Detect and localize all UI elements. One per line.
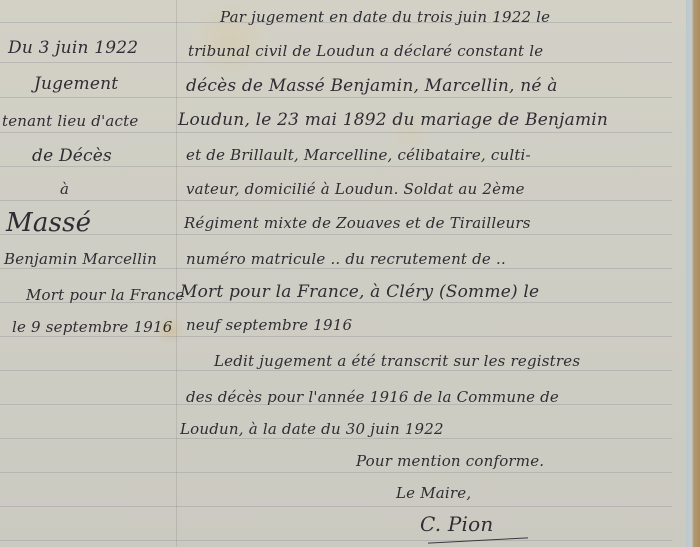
body-line-7: Régiment mixte de Zouaves et de Tiraille… <box>184 214 531 232</box>
margin-given-names: Benjamin Marcellin <box>4 250 157 268</box>
body-line-10: neuf septembre 1916 <box>186 316 352 334</box>
ruled-line <box>0 132 672 133</box>
ruled-line <box>0 472 672 473</box>
closing-formula: Pour mention conforme. <box>356 452 544 470</box>
register-page: Du 3 juin 1922 Jugement tenant lieu d'ac… <box>0 0 686 547</box>
margin-death-date: le 9 septembre 1916 <box>12 318 172 336</box>
margin-date: Du 3 juin 1922 <box>8 38 138 58</box>
ruled-line <box>0 268 672 269</box>
ruled-line <box>0 370 672 371</box>
margin-a: à <box>60 180 69 198</box>
body-line-8: numéro matricule .. du recrutement de .. <box>186 250 506 268</box>
body-line-5: et de Brillault, Marcelline, célibataire… <box>186 146 531 164</box>
body-line-13: Loudun, à la date du 30 juin 1922 <box>180 420 444 438</box>
ruled-line <box>0 97 672 98</box>
ruled-line <box>0 166 672 167</box>
margin-line <box>176 0 177 547</box>
ruled-line <box>0 234 672 235</box>
closing-mayor-title: Le Maire, <box>396 484 471 502</box>
body-line-12: des décès pour l'année 1916 de la Commun… <box>186 388 559 406</box>
ruled-line <box>0 506 672 507</box>
margin-tenant-lieu: tenant lieu d'acte <box>2 112 138 130</box>
mayor-signature: C. Pion <box>420 512 493 536</box>
ruled-line <box>0 540 672 541</box>
ruled-line <box>0 200 672 201</box>
body-line-6: vateur, domicilié à Loudun. Soldat au 2è… <box>186 180 525 198</box>
body-line-2: tribunal civil de Loudun a déclaré const… <box>188 42 543 60</box>
margin-jugement: Jugement <box>34 74 118 94</box>
page-edge <box>686 0 700 547</box>
margin-deces: de Décès <box>32 146 112 166</box>
body-line-11: Ledit jugement a été transcrit sur les r… <box>214 352 580 370</box>
body-line-1: Par jugement en date du trois juin 1922 … <box>220 8 550 26</box>
body-line-9: Mort pour la France, à Cléry (Somme) le <box>180 282 539 302</box>
ruled-line <box>0 62 672 63</box>
body-line-3: décès de Massé Benjamin, Marcellin, né à <box>186 76 558 96</box>
body-line-4: Loudun, le 23 mai 1892 du mariage de Ben… <box>178 110 608 130</box>
margin-surname: Massé <box>6 208 91 238</box>
ruled-line <box>0 438 672 439</box>
margin-mort-pour-la-france: Mort pour la France <box>26 286 184 304</box>
ruled-line <box>0 336 672 337</box>
